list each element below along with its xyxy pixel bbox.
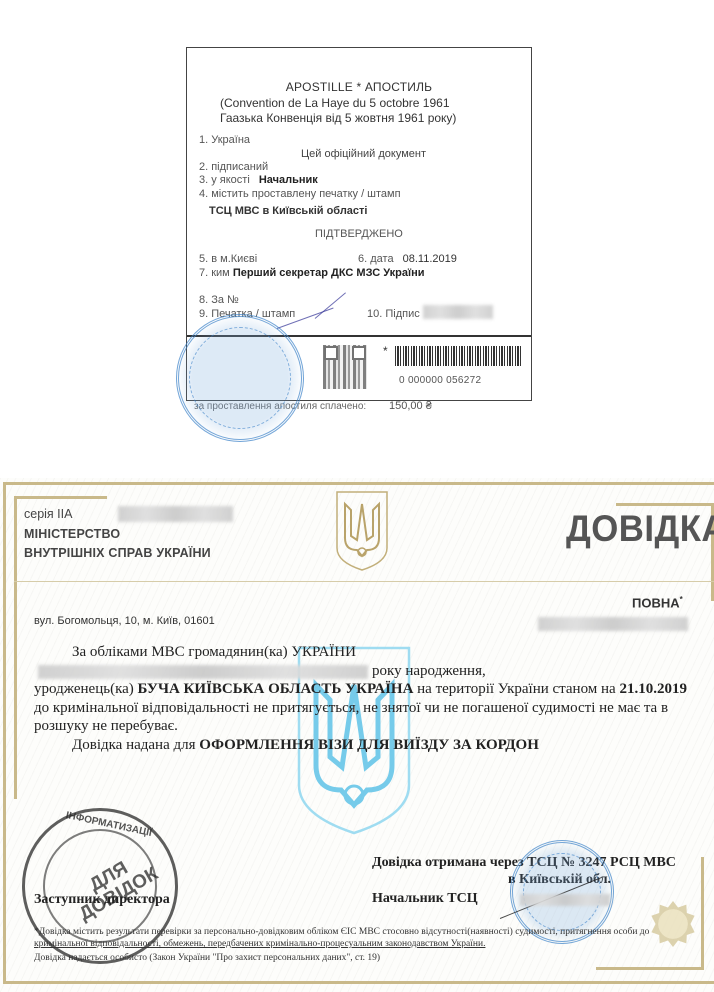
ap-item-4: 4. містить проставлену печатку / штамп xyxy=(199,188,401,200)
ap-date: 08.11.2019 xyxy=(403,253,457,265)
ap-item-3: 3. у якості Начальник xyxy=(199,174,318,186)
deputy-director-label: Заступник директора xyxy=(34,892,170,908)
purpose-value: ОФОРМЛЕННЯ ВІЗИ ДЛЯ ВИЇЗДУ ЗА КОРДОН xyxy=(199,737,539,753)
barcode-icon xyxy=(395,346,523,366)
ap-item-6-label: 6. дата xyxy=(358,253,394,265)
certificate-type-label: ПОВНА xyxy=(632,595,680,610)
territory-text: на території України станом на xyxy=(417,681,616,697)
ap-certified: ПІДТВЕРДЖЕНО xyxy=(315,228,403,240)
ap-item-3-value: Начальник xyxy=(259,174,318,186)
ap-item-8: 8. За № xyxy=(199,294,239,306)
ap-item-10: 10. Підпис xyxy=(367,308,420,320)
barcode-star: * xyxy=(383,344,388,358)
redacted-series-number xyxy=(118,506,233,522)
redacted-name xyxy=(38,665,368,679)
ap-item-5: 5. в м.Києві xyxy=(199,253,257,265)
apostille-title: APOSTILLE * АПОСТИЛЬ xyxy=(187,80,531,94)
convention-uk: Гаазька Конвенція від 5 жовтня 1961 року… xyxy=(220,111,456,126)
criminal-record-certificate: серія IIA МІНІСТЕРСТВО ВНУТРІШНІХ СПРАВ … xyxy=(0,478,714,992)
purpose-label: Довідка надана для xyxy=(72,737,196,753)
footnote-line-2: кримінальної відповідальності, обмежень,… xyxy=(34,938,704,950)
redacted-chief-name xyxy=(520,894,610,906)
chief-label: Начальник ТСЦ xyxy=(372,891,478,907)
ap-official-doc: Цей офіційний документ xyxy=(301,148,426,160)
footnote-line-3: Довідка надається особисто (Закон Україн… xyxy=(34,952,704,964)
header-divider xyxy=(14,581,714,582)
series: серія IIA xyxy=(24,507,72,521)
certificate-body: За обліками МВС громадянин(ка) УКРАЇНИ р… xyxy=(34,643,699,754)
ap-item-7: 7. ким Перший секретар ДКС МЗС України xyxy=(199,267,424,279)
purpose-line: Довідка надана для ОФОРМЛЕННЯ ВІЗИ ДЛЯ В… xyxy=(34,736,699,755)
ap-item-7-label: 7. ким xyxy=(199,267,230,279)
born-label: уродженець(ка) xyxy=(34,681,134,697)
body-line-1: За обліками МВС громадянин(ка) УКРАЇНИ xyxy=(34,643,699,662)
ap-item-4-value: ТСЦ МВС в Київській області xyxy=(209,205,368,217)
coat-of-arms-icon xyxy=(335,490,389,572)
status-date: 21.10.2019 xyxy=(619,681,687,697)
qr-code-icon xyxy=(323,345,367,389)
ministry-line-2: ВНУТРІШНІХ СПРАВ УКРАЇНИ xyxy=(24,544,211,563)
barcode-number: 0 000000 056272 xyxy=(399,375,481,386)
stamp-center-text: ДЛЯ ДОВІДОК xyxy=(51,838,177,934)
convention-fr: (Convention de La Haye du 5 octobre 1961 xyxy=(220,96,456,111)
ap-item-6: 6. дата 08.11.2019 xyxy=(358,253,457,265)
body-line-2: року народження, xyxy=(34,662,699,681)
footnote: *Довідка містить результати перевірки за… xyxy=(34,926,704,964)
apostille-convention: (Convention de La Haye du 5 octobre 1961… xyxy=(220,96,456,126)
ministry-name: МІНІСТЕРСТВО ВНУТРІШНІХ СПРАВ УКРАЇНИ xyxy=(24,525,211,563)
ap-item-1: 1. Україна xyxy=(199,134,250,146)
birthplace: БУЧА КИЇВСЬКА ОБЛАСТЬ УКРАЇНА xyxy=(138,681,414,697)
redacted-number xyxy=(538,617,688,631)
footnote-line-1: *Довідка містить результати перевірки за… xyxy=(34,926,704,938)
signature-stroke xyxy=(315,292,346,318)
body-paragraph: уродженець(ка) БУЧА КИЇВСЬКА ОБЛАСТЬ УКР… xyxy=(34,680,699,736)
ap-item-3-label: 3. у якості xyxy=(199,174,250,186)
ap-item-2: 2. підписаний xyxy=(199,161,268,173)
footnote-mark: * xyxy=(680,595,683,604)
document-title: ДОВІДКА xyxy=(566,508,714,550)
apostille-stamp-icon xyxy=(176,314,304,442)
ap-item-7-value: Перший секретар ДКС МЗС України xyxy=(233,267,425,279)
status-text: до кримінальної відповідальності не прит… xyxy=(34,700,668,735)
ministry-line-1: МІНІСТЕРСТВО xyxy=(24,525,211,544)
certificate-type: ПОВНА* xyxy=(632,595,683,610)
redacted-signature xyxy=(423,305,493,319)
apostille-fee-amount: 150,00 ₴ xyxy=(389,400,432,412)
ministry-address: вул. Богомольця, 10, м. Київ, 01601 xyxy=(34,615,215,627)
